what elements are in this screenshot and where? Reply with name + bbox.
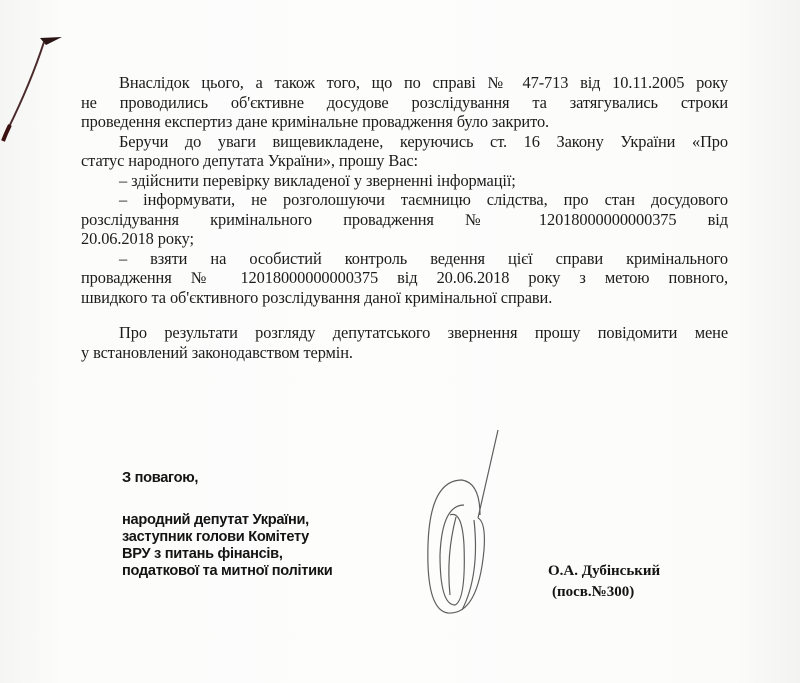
request-item-3-line-2: провадження № 12018000000000375 від 20.0… xyxy=(81,268,728,288)
pen-stroke-icon xyxy=(0,15,70,145)
paragraph-1-line-2: не проводились об'єктивне досудове розсл… xyxy=(81,93,728,113)
request-item-3-line-1: – взяти на особистий контроль ведення ці… xyxy=(81,249,728,269)
request-item-3-line-3: швидкого та об'єктивного розслідування д… xyxy=(81,288,728,308)
position-line-4: податкової та митної політики xyxy=(122,563,332,580)
request-item-2-line-1: – інформувати, не розголошуючи таємницю … xyxy=(81,190,728,210)
signer-credential: (посв.№300) xyxy=(552,583,634,602)
paragraph-1-line-3: проведення експертиз дане кримінальне пр… xyxy=(81,112,728,132)
paragraph-2-line-1: Беручи до уваги вищевикладене, керуючись… xyxy=(81,132,728,152)
signer-position: народний депутат України, заступник голо… xyxy=(122,512,332,580)
request-item-2-line-2: розслідування кримінального провадження … xyxy=(81,210,728,230)
letter-body: Внаслідок цього, а також того, що по спр… xyxy=(81,73,728,362)
request-item-1: – здійснити перевірку викладеної у зверн… xyxy=(81,171,728,191)
signer-name: О.А. Дубінський xyxy=(548,562,660,581)
paragraph-3-line-2: у встановлений законодавством термін. xyxy=(81,343,728,363)
request-item-2-line-3: 20.06.2018 року; xyxy=(81,229,728,249)
position-line-2: заступник голови Комітету xyxy=(122,529,332,546)
position-line-1: народний депутат України, xyxy=(122,512,332,529)
paragraph-3-line-1: Про результати розгляду депутатського зв… xyxy=(81,323,728,343)
document-page: Внаслідок цього, а також того, що по спр… xyxy=(0,0,800,683)
paragraph-gap xyxy=(81,307,728,323)
closing-salutation: З повагою, xyxy=(122,470,198,487)
handwritten-signature-icon xyxy=(420,425,530,620)
paragraph-1-line-1: Внаслідок цього, а також того, що по спр… xyxy=(81,73,728,93)
paragraph-2-line-2: статус народного депутата України», прош… xyxy=(81,151,728,171)
position-line-3: ВРУ з питань фінансів, xyxy=(122,546,332,563)
